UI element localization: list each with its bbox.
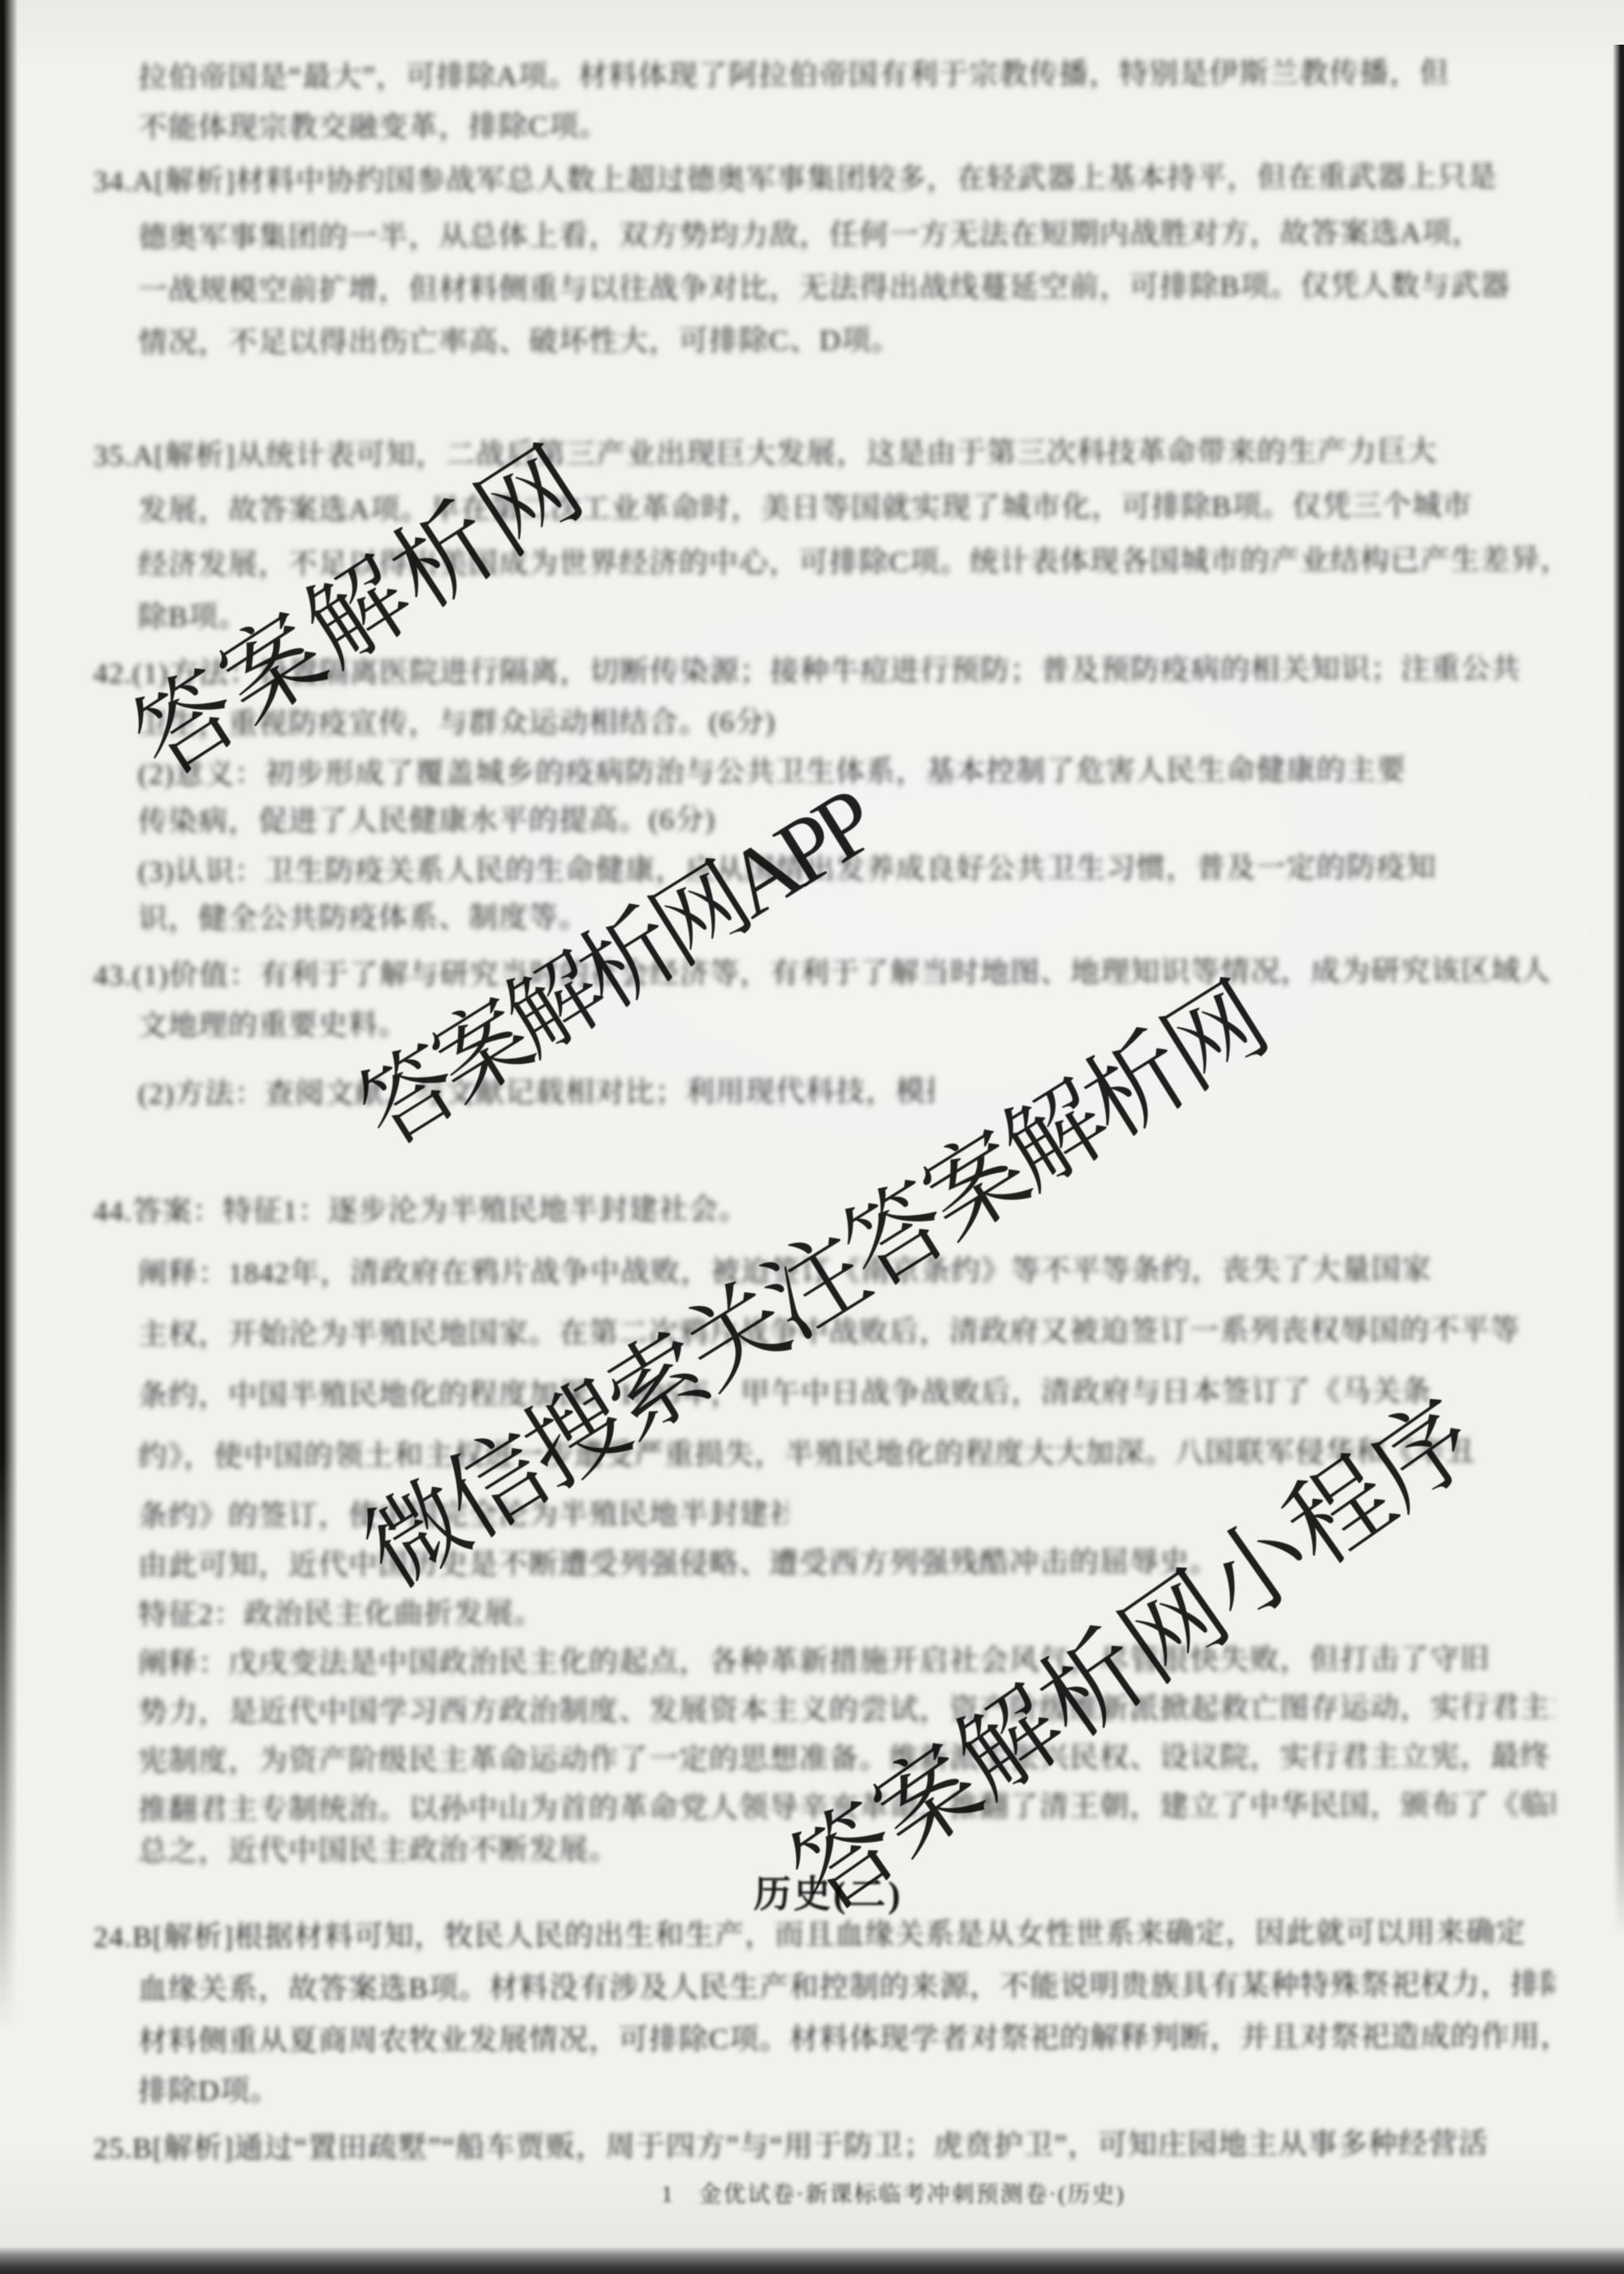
text-line: 44.答案：特征1：逐步沦为半殖民地半封建社会。 xyxy=(93,1187,784,1234)
text-line: 总之，近代中国民主政治不断发展。 xyxy=(138,1827,641,1873)
text-line: 血缘关系，故答案选B项。材料没有涉及人民生产和控制的来源，不能说明贵族具有某种特… xyxy=(138,1962,1555,2011)
text-line: 一战规模空前扩增，但材料侧重与以往战争对比，无法得出战线蔓延空前，可排除B项。仅… xyxy=(138,263,1555,312)
page-footer: 1 金优试卷·新课标临考冲刺预测卷·(历史) xyxy=(661,2177,1125,2209)
text-line: 不能体现宗教交融变革，排除C项。 xyxy=(138,104,593,149)
text-line: 拉伯帝国是“最大”，可排除A项。材料体现了阿拉伯帝国有利于宗教传播，特别是伊斯兰… xyxy=(138,50,1555,99)
text-line: 情况，不足以得出伤亡率高、破坏性大，可排除C、D项。 xyxy=(138,318,942,364)
text-line: 德奥军事集团的一半，从总体上看，双方势均力敌，任何一方无法在短期内战胜对方，故答… xyxy=(138,210,1555,259)
text-line: 阐释：戊戌变法是中国政治民主化的起点，各种革新措施开启社会风气，尽管很快失败，但… xyxy=(138,1636,1555,1685)
text-line: 由此可知，近代中国历史是不断遭受列强侵略、遭受西方列强残酷冲击的屈辱史。 xyxy=(138,1540,1250,1588)
text-line: 35.A[解析]从统计表可知，二战后第三产业出现巨大发展，这是由于第三次科技革命… xyxy=(93,429,1555,478)
text-line: (2)意义：初步形成了覆盖城乡的疫病防治与公共卫生体系，基本控制了危害人民生命健… xyxy=(138,747,1555,796)
scan-edge-left xyxy=(0,0,18,2030)
text-line: 25.B[解析]通过“置田疏墅”“船车贾贩，周于四方”与“用于防卫；虎贲护卫”，… xyxy=(93,2121,1555,2170)
text-line: 传染病，促进了人民健康水平的提高。(6分) xyxy=(138,798,739,844)
scanned-page: 拉伯帝国是“最大”，可排除A项。材料体现了阿拉伯帝国有利于宗教传播，特别是伊斯兰… xyxy=(0,0,1624,2274)
text-line: 43.(1)价值：有利于了解与研究当时的社会经济等，有利于了解当时地图、地理知识… xyxy=(93,949,1555,997)
text-line: 识，健全公共防疫体系、制度等。 xyxy=(138,895,577,940)
text-line: 特征2：政治民主化曲折发展。 xyxy=(138,1591,568,1636)
text-line: 34.A[解析]材料中协约国参战军总人数上超过德奥军事集团较多，在轻武器上基本持… xyxy=(93,154,1555,203)
scan-edge-bottom xyxy=(0,2246,1624,2274)
text-line: 势力，是近代中国学习西方政治制度、发展资本主义的尝试，资产阶级维新派掀起救亡图存… xyxy=(138,1685,1555,1734)
text-line: 排除D项。 xyxy=(138,2069,325,2113)
text-line: 材料侧重从夏商周农牧业发展情况，可排除C项。材料体现学者对祭祀的解释判断，并且对… xyxy=(138,2014,1555,2063)
scan-edge-right xyxy=(1613,45,1624,1937)
